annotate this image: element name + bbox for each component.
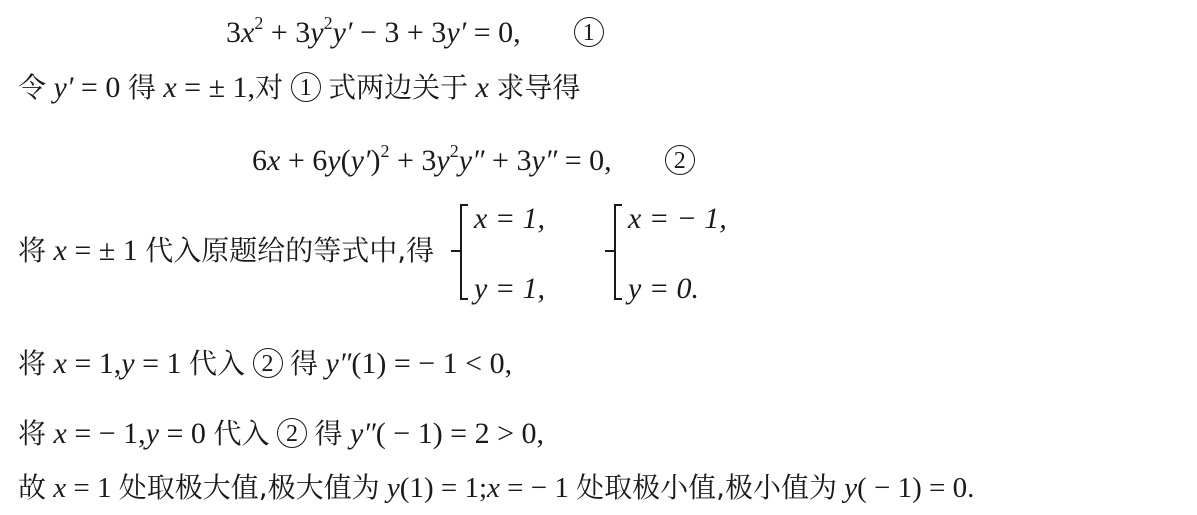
equation-ref-1: 1 (291, 72, 321, 102)
left-brace-icon (614, 204, 626, 300)
eq2-term: + 3 (485, 144, 532, 177)
eq2-term: = 0, (557, 144, 611, 177)
text-line-5: 将 x = 1,y = 1 代入 2 得 y″(1) = − 1 < 0, (18, 348, 512, 379)
system-eq: y = 1, (474, 272, 545, 305)
var: y′ (54, 71, 74, 104)
system-2-x: x = − 1, (628, 202, 727, 236)
eq1-var: y′ (333, 16, 353, 49)
text: 对 (255, 71, 283, 104)
system-eq: x = − 1, (628, 202, 727, 235)
text: = ± 1 (67, 234, 145, 267)
text-line-2: 令 y′ = 0 得 x = ± 1,对 1 式两边关于 x 求导得 (18, 72, 580, 103)
eq2-var: y″ (459, 144, 485, 177)
eq2-var: y″ (531, 144, 557, 177)
solution-systems: x = 1, y = 1, x = − 1, y = 0. (446, 200, 786, 304)
var: y″ (350, 417, 376, 450)
var: x (476, 71, 489, 104)
eq1-exp: 2 (254, 13, 263, 33)
text: 将 (18, 234, 46, 267)
var: y (146, 417, 159, 450)
system-2-y: y = 0. (628, 272, 699, 306)
text: 代入原题给的等式中,得 (145, 234, 434, 267)
var: x (53, 472, 66, 504)
eq2-exp: 2 (450, 141, 459, 161)
var: x (163, 71, 176, 104)
text: = − 1, (67, 417, 146, 450)
text: = 0 (73, 71, 127, 104)
text: (1) = 1; (400, 472, 487, 504)
var: y (121, 347, 134, 380)
text: 式两边关于 (328, 71, 468, 104)
eq2-var: y′ (351, 144, 371, 177)
text: ( − 1) = 2 > 0, (376, 417, 544, 450)
eq1-var: y (310, 16, 323, 49)
var: x (54, 417, 67, 450)
var: y (387, 472, 400, 504)
text-line-7: 故 x = 1 处取极大值,极大值为 y(1) = 1;x = − 1 处取极小… (18, 474, 974, 503)
var: x (487, 472, 500, 504)
eq1-term: 3 (226, 16, 241, 49)
equation-1: 3x2 + 3y2y′ − 3 + 3y′ = 0, 1 (226, 14, 604, 48)
text-line-6: 将 x = − 1,y = 0 代入 2 得 y″( − 1) = 2 > 0, (18, 418, 544, 449)
text: 得 (290, 347, 318, 380)
text: 处取极大值,极大值为 (119, 471, 380, 504)
eq2-var: y (436, 144, 449, 177)
text: 处取极小值,极小值为 (576, 471, 837, 504)
var: y″ (326, 347, 352, 380)
text: = 0 (159, 417, 213, 450)
text: 得 (314, 417, 342, 450)
eq2-paren: ) (370, 144, 380, 177)
left-brace-icon (460, 204, 472, 300)
system-1-x: x = 1, (474, 202, 545, 236)
eq2-paren: ( (341, 144, 351, 177)
equation-ref-2: 2 (253, 348, 283, 378)
eq2-term: 6 (252, 144, 267, 177)
eq2-term: + 6 (280, 144, 327, 177)
var: y (844, 472, 857, 504)
text: 得 (128, 71, 156, 104)
equation-ref-2: 2 (277, 418, 307, 448)
text: 故 (18, 471, 46, 504)
text-line-4: 将 x = ± 1 代入原题给的等式中,得 (18, 236, 434, 266)
text: 将 (18, 417, 46, 450)
var: x (54, 347, 67, 380)
eq2-term: + 3 (389, 144, 436, 177)
var: x (54, 234, 67, 267)
text: 求导得 (496, 71, 580, 104)
eq1-term: + 3 (263, 16, 310, 49)
text: = 1 (135, 347, 189, 380)
text: 代入 (189, 347, 245, 380)
eq2-var: y (327, 144, 340, 177)
text: = − 1 (500, 472, 576, 504)
system-eq: x = 1, (474, 202, 545, 235)
text: = ± 1, (177, 71, 255, 104)
text: 将 (18, 347, 46, 380)
text: (1) = − 1 < 0, (351, 347, 512, 380)
eq1-var: x (241, 16, 254, 49)
text: ( − 1) = 0. (857, 472, 974, 504)
system-1-y: y = 1, (474, 272, 545, 306)
eq1-term: = 0, (466, 16, 520, 49)
text: = 1 (66, 472, 119, 504)
system-eq: y = 0. (628, 272, 699, 305)
equation-2: 6x + 6y(y′)2 + 3y2y″ + 3y″ = 0, 2 (252, 142, 695, 176)
eq2-var: x (267, 144, 280, 177)
text: 代入 (213, 417, 269, 450)
eq1-exp: 2 (324, 13, 333, 33)
eq1-var: y′ (446, 16, 466, 49)
text: 令 (18, 71, 46, 104)
equation-label-1: 1 (574, 17, 604, 47)
equation-label-2: 2 (665, 145, 695, 175)
text: = 1, (67, 347, 121, 380)
eq1-term: − 3 + 3 (352, 16, 446, 49)
